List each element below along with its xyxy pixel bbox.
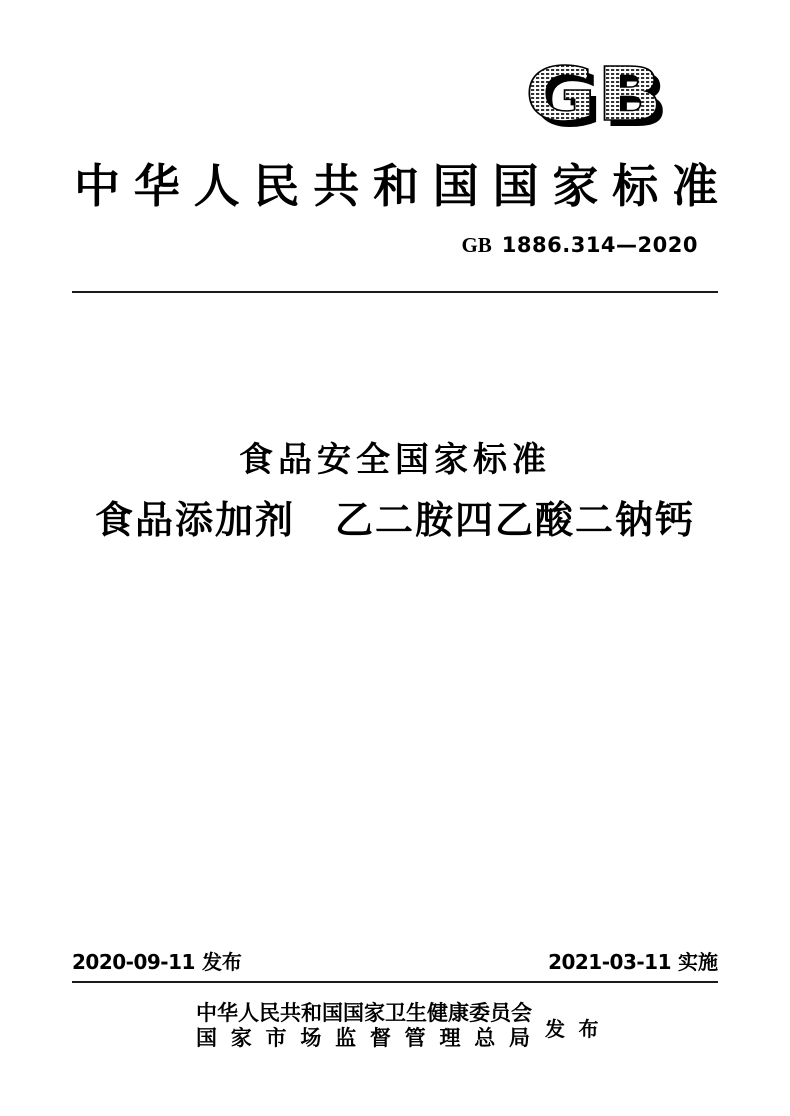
- document-subtitle: 食品添加剂 乙二胺四乙酸二钠钙: [0, 499, 790, 543]
- standard-number-prefix: GB: [461, 233, 491, 257]
- gb-logo-text: GB: [525, 56, 663, 138]
- implementation-date: 2021-03-11实施: [548, 950, 718, 975]
- gb-logo-icon: GB GB: [516, 56, 672, 142]
- publish-label: 发 布: [545, 1013, 603, 1042]
- footer-divider-line: [72, 981, 718, 983]
- implementation-date-label: 实施: [678, 952, 718, 974]
- implementation-date-value: 2021-03-11: [548, 950, 671, 974]
- standard-number: GB1886.314—2020: [461, 233, 698, 258]
- standard-cover-page: GB GB 中华人民共和国国家标准 GB1886.314—2020 食品安全国家…: [0, 0, 790, 1116]
- national-standard-title: 中华人民共和国国家标准: [74, 158, 718, 216]
- issuer-line-2: 国家市场监督管理总局: [196, 1026, 530, 1051]
- issuer-block: 中华人民共和国国家卫生健康委员会 国家市场监督管理总局: [196, 1001, 530, 1051]
- issue-date: 2020-09-11发布: [72, 950, 242, 975]
- issue-date-value: 2020-09-11: [72, 950, 195, 974]
- issuer-line-1: 中华人民共和国国家卫生健康委员会: [196, 1001, 530, 1026]
- standard-number-digits: 1886.314—2020: [502, 233, 698, 257]
- header-divider-line: [72, 291, 718, 293]
- issue-date-label: 发布: [202, 952, 242, 974]
- document-title: 食品安全国家标准: [0, 440, 790, 480]
